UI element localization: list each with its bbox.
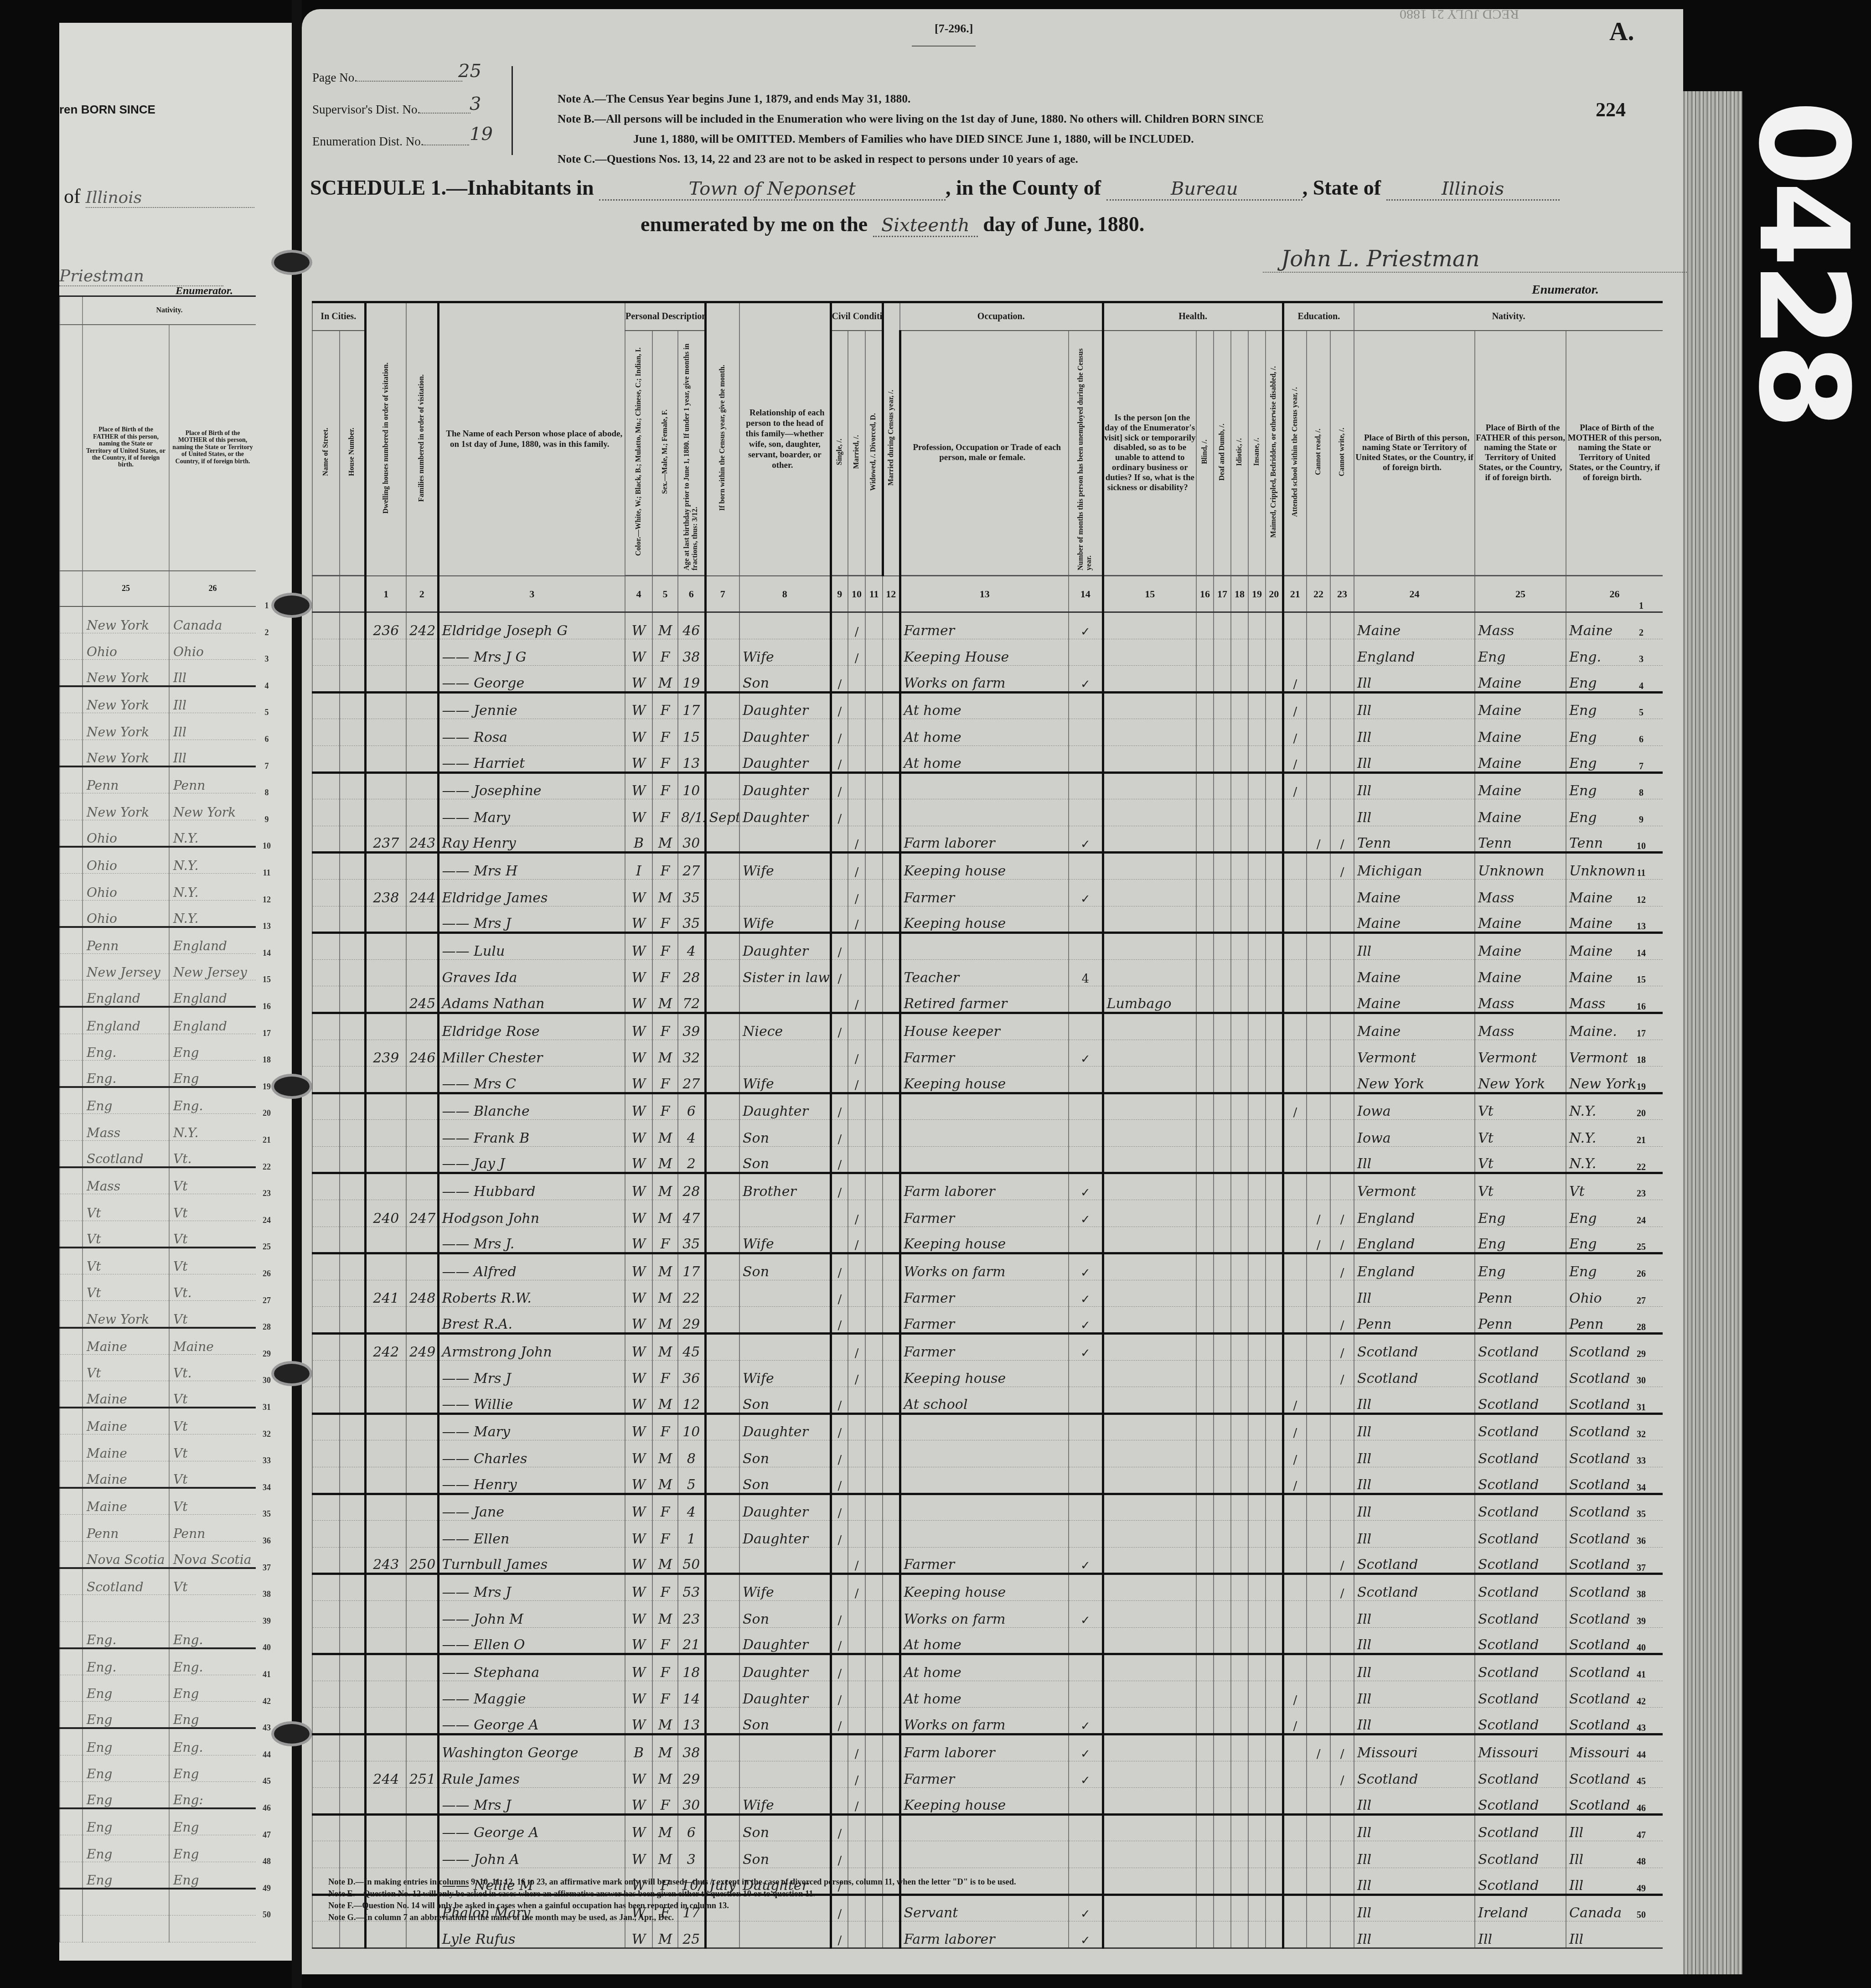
- table-row: —— Mrs CWF27Wife/Keeping houseNew YorkNe…: [312, 1066, 1663, 1093]
- cell-married-in-year: [883, 1574, 900, 1601]
- cell-insane: [1248, 1146, 1266, 1173]
- cell-relationship: [739, 612, 831, 639]
- cell-widowed-divorced: [865, 933, 883, 960]
- cell-cannot-read: [1307, 1841, 1330, 1868]
- cell-months-unemployed: [1069, 986, 1103, 1013]
- cell-sex: M: [652, 1200, 678, 1227]
- cell-father-birthplace: Vt: [83, 1194, 169, 1221]
- cell-attended-school: [1283, 933, 1307, 960]
- cell-fragment: [60, 1835, 83, 1862]
- cell-months-unemployed: [1069, 1227, 1103, 1253]
- table-row: Eldridge RoseWF39Niece/House keeperMaine…: [312, 1013, 1663, 1040]
- left-line-number: 1: [258, 601, 276, 611]
- cell-idiotic: [1231, 1280, 1248, 1307]
- cell-deaf-dumb: [1214, 772, 1231, 799]
- cell-single: /: [831, 799, 848, 826]
- cell-color: W: [625, 933, 652, 960]
- cell-deaf-dumb: [1214, 1921, 1231, 1948]
- cell-single: /: [831, 1307, 848, 1334]
- cell-disabled: [1266, 1013, 1283, 1040]
- cell-dwelling-number: [365, 799, 406, 826]
- cell-fragment: [60, 900, 83, 927]
- cell-family-number: 247: [406, 1200, 438, 1227]
- cell-months-unemployed: [1069, 1681, 1103, 1708]
- cell-cannot-read: /: [1307, 826, 1330, 853]
- cell-father-birthplace: Scotland: [1475, 1440, 1566, 1467]
- cell-family-number: [406, 719, 438, 746]
- cell-color: W: [625, 612, 652, 639]
- cell-married: /: [848, 826, 865, 853]
- cell-age: 47: [678, 1200, 705, 1227]
- column-number: 11: [865, 576, 883, 612]
- cell-idiotic: [1231, 1307, 1248, 1334]
- cell-dwelling-number: [365, 1574, 406, 1601]
- cell-deaf-dumb: [1214, 1600, 1231, 1627]
- left-page-row: OhioN.Y.: [60, 873, 256, 900]
- cell-street: [312, 906, 340, 933]
- cell-house-number: [340, 1173, 365, 1200]
- cell-house-number: [340, 1200, 365, 1227]
- cell-disabled: [1266, 666, 1283, 693]
- cell-idiotic: [1231, 853, 1248, 880]
- line-number: 9: [1630, 815, 1653, 825]
- cell-idiotic: [1231, 1654, 1248, 1681]
- cell-blind: [1196, 1814, 1214, 1841]
- left-page-row: MaineVt: [60, 1381, 256, 1408]
- cell-insane: [1248, 1761, 1266, 1788]
- cell-dwelling-number: [365, 1788, 406, 1815]
- cell-widowed-divorced: [865, 1574, 883, 1601]
- cell-family-number: [406, 1921, 438, 1948]
- column-header-9: Single, /.: [831, 331, 848, 576]
- left-page-row: EngEng: [60, 1835, 256, 1862]
- cell-street: [312, 1788, 340, 1815]
- cell-months-unemployed: [1069, 1440, 1103, 1467]
- cell-person-name: —— Alfred: [438, 1253, 625, 1280]
- cell-single: [831, 826, 848, 853]
- cell-cannot-write: [1330, 1494, 1354, 1521]
- cell-occupation: Farm laborer: [900, 1173, 1069, 1200]
- cell-widowed-divorced: [865, 906, 883, 933]
- cell-color: W: [625, 1654, 652, 1681]
- cell-occupation: [900, 772, 1069, 799]
- left-page-row: VtVt: [60, 1194, 256, 1221]
- cell-attended-school: [1283, 826, 1307, 853]
- cell-birth-month: [705, 1334, 739, 1361]
- cell-relationship: Wife: [739, 1360, 831, 1387]
- cell-dwelling-number: 238: [365, 879, 406, 906]
- cell-months-unemployed: [1069, 1093, 1103, 1120]
- cell-married-in-year: [883, 1761, 900, 1788]
- cell-mother-birthplace: Ill: [169, 686, 256, 713]
- table-row: Brest R.A.WM29/Farmer✓/PennPennPenn: [312, 1307, 1663, 1334]
- cell-dwelling-number: [365, 692, 406, 719]
- cell-cannot-read: [1307, 1574, 1330, 1601]
- left-line-number: 20: [258, 1108, 276, 1118]
- cell-age: 28: [678, 1173, 705, 1200]
- cell-house-number: [340, 1360, 365, 1387]
- cell-cannot-read: [1307, 879, 1330, 906]
- cell-attended-school: [1283, 1040, 1307, 1066]
- cell-person-name: —— Mrs C: [438, 1066, 625, 1093]
- cell-cannot-read: [1307, 1788, 1330, 1815]
- cell-dwelling-number: [365, 1253, 406, 1280]
- cell-relationship: Daughter: [739, 745, 831, 772]
- cell-blind: [1196, 1868, 1214, 1895]
- cell-person-name: Brest R.A.: [438, 1307, 625, 1334]
- cell-single: [831, 1788, 848, 1815]
- cell-widowed-divorced: [865, 1734, 883, 1761]
- cell-months-unemployed: ✓: [1069, 1600, 1103, 1627]
- cell-cannot-read: [1307, 639, 1330, 666]
- cell-insane: [1248, 799, 1266, 826]
- cell-cannot-write: [1330, 719, 1354, 746]
- cell-deaf-dumb: [1214, 1387, 1231, 1414]
- cell-months-unemployed: [1069, 745, 1103, 772]
- cell-street: [312, 1013, 340, 1040]
- cell-relationship: Daughter: [739, 1494, 831, 1521]
- table-row: Lyle RufusWM25/Farm laborer✓IllIllIll: [312, 1921, 1663, 1948]
- cell-sex: M: [652, 879, 678, 906]
- cell-deaf-dumb: [1214, 1708, 1231, 1734]
- cell-months-unemployed: [1069, 1814, 1103, 1841]
- cell-fragment: [60, 1087, 83, 1114]
- cell-color: W: [625, 639, 652, 666]
- cell-family-number: [406, 853, 438, 880]
- column-header-23: Cannot write, /.: [1330, 331, 1354, 576]
- cell-color: W: [625, 799, 652, 826]
- cell-birth-month: [705, 853, 739, 880]
- left-page-row: New YorkIll: [60, 713, 256, 740]
- cell-married: [848, 1120, 865, 1147]
- cell-color: W: [625, 1307, 652, 1334]
- cell-attended-school: /: [1283, 1387, 1307, 1414]
- left-page-row: [60, 1595, 256, 1621]
- cell-idiotic: [1231, 1227, 1248, 1253]
- cell-relationship: [739, 1040, 831, 1066]
- column-header-4: Color.—White, W.; Black, B.; Mulatto, Mu…: [625, 331, 652, 576]
- cell-relationship: [739, 1334, 831, 1361]
- cell-father-birthplace: Scotland: [1475, 1868, 1566, 1895]
- cell-father-birthplace: Maine: [1475, 799, 1566, 826]
- cell-father-birthplace: Ohio: [83, 847, 169, 874]
- cell-mother-birthplace: Penn: [169, 1515, 256, 1542]
- cell-house-number: [340, 1253, 365, 1280]
- left-page-row: PennPenn: [60, 766, 256, 793]
- cell-color: W: [625, 959, 652, 986]
- cell-single: /: [831, 692, 848, 719]
- left-page-row: New YorkIll: [60, 686, 256, 713]
- cell-months-unemployed: [1069, 1627, 1103, 1654]
- cell-single: [831, 906, 848, 933]
- cell-color: W: [625, 1494, 652, 1521]
- table-row: 245Adams NathanWM72/Retired farmerLumbag…: [312, 986, 1663, 1013]
- cell-birth-month: [705, 692, 739, 719]
- supervisor-dist-row: Supervisor's Dist. No. 3: [312, 103, 470, 117]
- table-row: Graves IdaWF28Sister in law/Teacher4Main…: [312, 959, 1663, 986]
- cell-house-number: [340, 1841, 365, 1868]
- cell-dwelling-number: [365, 772, 406, 799]
- cell-color: W: [625, 1227, 652, 1253]
- cell-house-number: [340, 799, 365, 826]
- cell-cannot-read: [1307, 1173, 1330, 1200]
- cell-single: /: [831, 1467, 848, 1494]
- cell-person-name: —— Mary: [438, 1413, 625, 1440]
- cell-sickness: [1103, 933, 1196, 960]
- cell-blind: [1196, 1574, 1214, 1601]
- cell-relationship: Son: [739, 1146, 831, 1173]
- cell-disabled: [1266, 612, 1283, 639]
- cell-single: /: [831, 1146, 848, 1173]
- cell-age: 1: [678, 1521, 705, 1548]
- cell-mother-birthplace: New York: [169, 793, 256, 820]
- left-line-number: 48: [258, 1857, 276, 1866]
- cell-single: [831, 1227, 848, 1253]
- cell-relationship: Son: [739, 1253, 831, 1280]
- cell-insane: [1248, 1895, 1266, 1921]
- cell-cannot-read: [1307, 1654, 1330, 1681]
- cell-street: [312, 1600, 340, 1627]
- cell-deaf-dumb: [1214, 1307, 1231, 1334]
- cell-dwelling-number: [365, 1921, 406, 1948]
- left-page-row: MassVt: [60, 1167, 256, 1194]
- cell-blind: [1196, 1921, 1214, 1948]
- cell-married: [848, 1440, 865, 1467]
- cell-father-birthplace: New York: [83, 713, 169, 740]
- cell-disabled: [1266, 1708, 1283, 1734]
- cell-father-birthplace: Ohio: [83, 820, 169, 847]
- cell-single: /: [831, 1521, 848, 1548]
- cell-street: [312, 1280, 340, 1307]
- cell-widowed-divorced: [865, 1387, 883, 1414]
- cell-father-birthplace: Ohio: [83, 873, 169, 900]
- column-header-13: Profession, Occupation or Trade of each …: [900, 331, 1069, 576]
- cell-sex: M: [652, 1761, 678, 1788]
- cell-cannot-read: [1307, 1413, 1330, 1440]
- cell-married-in-year: [883, 1654, 900, 1681]
- cell-attended-school: /: [1283, 1708, 1307, 1734]
- cell-sex: F: [652, 1013, 678, 1040]
- left-page-row: New YorkNew York: [60, 793, 256, 820]
- cell-widowed-divorced: [865, 745, 883, 772]
- cell-insane: [1248, 853, 1266, 880]
- table-row: —— MaryWF10Daughter//IllScotlandScotland: [312, 1413, 1663, 1440]
- cell-birthplace: Scotland: [1354, 1574, 1475, 1601]
- cell-insane: [1248, 1040, 1266, 1066]
- cell-father-birthplace: Maine: [83, 1381, 169, 1408]
- note-d: Note D.—In making entries in columns 9, …: [328, 1876, 1016, 1888]
- cell-color: W: [625, 1708, 652, 1734]
- cell-disabled: [1266, 1895, 1283, 1921]
- cell-fragment: [60, 660, 83, 687]
- cell-age: 29: [678, 1307, 705, 1334]
- cell-cannot-write: [1330, 1066, 1354, 1093]
- cell-cannot-write: [1330, 1413, 1354, 1440]
- cell-insane: [1248, 1334, 1266, 1361]
- cell-father-birthplace: Scotland: [1475, 1574, 1566, 1601]
- cell-single: [831, 879, 848, 906]
- cell-mother-birthplace: Maine: [169, 1328, 256, 1355]
- cell-disabled: [1266, 1761, 1283, 1788]
- in-cities-group: In Cities.: [312, 302, 365, 331]
- left-page-row: EngEng.: [60, 1087, 256, 1114]
- column-header-8: Relationship of each person to the head …: [739, 302, 831, 576]
- cell-deaf-dumb: [1214, 1227, 1231, 1253]
- cell-idiotic: [1231, 639, 1248, 666]
- cell-idiotic: [1231, 879, 1248, 906]
- cell-months-unemployed: ✓: [1069, 1895, 1103, 1921]
- cell-street: [312, 1334, 340, 1361]
- cell-father-birthplace: Penn: [83, 1515, 169, 1542]
- form-code: [7-296.]: [935, 22, 973, 36]
- cell-family-number: [406, 1681, 438, 1708]
- left-page-row: New YorkCanada: [60, 606, 256, 633]
- cell-fragment: [60, 1702, 83, 1729]
- left-page-row: EngEng: [60, 1755, 256, 1782]
- cell-street: [312, 1574, 340, 1601]
- left-page-row: Eng.Eng: [60, 1034, 256, 1061]
- cell-color: W: [625, 879, 652, 906]
- column-number: 9: [831, 576, 848, 612]
- cell-birthplace: Ill: [1354, 799, 1475, 826]
- cell-married: /: [848, 1547, 865, 1574]
- cell-birthplace: Ill: [1354, 1146, 1475, 1173]
- cell-occupation: Farm laborer: [900, 826, 1069, 853]
- cell-relationship: Daughter: [739, 1521, 831, 1548]
- cell-deaf-dumb: [1214, 1814, 1231, 1841]
- cell-single: /: [831, 1280, 848, 1307]
- cell-idiotic: [1231, 1494, 1248, 1521]
- cell-married-in-year: [883, 879, 900, 906]
- cell-attended-school: [1283, 1120, 1307, 1147]
- cell-relationship: Sister in law: [739, 959, 831, 986]
- cell-idiotic: [1231, 1734, 1248, 1761]
- cell-single: /: [831, 772, 848, 799]
- cell-occupation: Farmer: [900, 1040, 1069, 1066]
- column-header-17: Deaf and Dumb, /.: [1214, 331, 1231, 576]
- cell-idiotic: [1231, 1814, 1248, 1841]
- cell-mother-birthplace: Vt: [169, 1488, 256, 1515]
- cell-single: /: [831, 1654, 848, 1681]
- cell-sex: M: [652, 1387, 678, 1414]
- cell-street: [312, 1040, 340, 1066]
- cell-occupation: Works on farm: [900, 1253, 1069, 1280]
- cell-sex: M: [652, 1547, 678, 1574]
- cell-idiotic: [1231, 1200, 1248, 1227]
- cell-idiotic: [1231, 1120, 1248, 1147]
- cell-birth-month: [705, 1387, 739, 1414]
- cell-street: [312, 1173, 340, 1200]
- cell-cannot-write: /: [1330, 1307, 1354, 1334]
- cell-mother-birthplace: Eng.: [169, 1728, 256, 1755]
- left-line-number: 44: [258, 1750, 276, 1760]
- cell-married-in-year: [883, 1921, 900, 1948]
- cell-street: [312, 879, 340, 906]
- cell-father-birthplace: Missouri: [1475, 1734, 1566, 1761]
- cell-age: 30: [678, 826, 705, 853]
- cell-sickness: [1103, 745, 1196, 772]
- cell-father-birthplace: Vt: [1475, 1146, 1566, 1173]
- cell-disabled: [1266, 1521, 1283, 1548]
- cell-married: [848, 745, 865, 772]
- cell-birthplace: Ill: [1354, 1654, 1475, 1681]
- cell-father-birthplace: New York: [83, 793, 169, 820]
- cell-house-number: [340, 745, 365, 772]
- cell-single: [831, 1040, 848, 1066]
- cell-street: [312, 1066, 340, 1093]
- cell-age: 53: [678, 1574, 705, 1601]
- cell-age: 32: [678, 1040, 705, 1066]
- line-number: 23: [1630, 1189, 1653, 1199]
- cell-family-number: [406, 1066, 438, 1093]
- cell-cannot-read: [1307, 1681, 1330, 1708]
- cell-cannot-read: [1307, 1307, 1330, 1334]
- cell-disabled: [1266, 799, 1283, 826]
- cell-house-number: [340, 612, 365, 639]
- cell-widowed-divorced: [865, 959, 883, 986]
- cell-birth-month: [705, 1040, 739, 1066]
- cell-street: [312, 1227, 340, 1253]
- cell-relationship: Wife: [739, 906, 831, 933]
- cell-insane: [1248, 1547, 1266, 1574]
- cell-father-birthplace: [83, 1595, 169, 1621]
- cell-mother-birthplace: N.Y.: [169, 900, 256, 927]
- line-number: 4: [1630, 681, 1653, 692]
- cell-disabled: [1266, 1200, 1283, 1227]
- cell-occupation: Keeping house: [900, 906, 1069, 933]
- left-page-row: EngEng: [60, 1862, 256, 1889]
- cell-age: 6: [678, 1814, 705, 1841]
- cell-months-unemployed: [1069, 692, 1103, 719]
- cell-mother-birthplace: Eng: [169, 1808, 256, 1835]
- column-number: 10: [848, 576, 865, 612]
- cell-family-number: [406, 1360, 438, 1387]
- cell-father-birthplace: Maine: [83, 1461, 169, 1488]
- cell-cannot-write: /: [1330, 826, 1354, 853]
- note-c: Note C.—Questions Nos. 13, 14, 22 and 23…: [558, 149, 1561, 169]
- cell-attended-school: [1283, 1334, 1307, 1361]
- cell-cannot-write: /: [1330, 1547, 1354, 1574]
- cell-occupation: Farm laborer: [900, 1734, 1069, 1761]
- cell-insane: [1248, 1654, 1266, 1681]
- cell-street: [312, 1307, 340, 1334]
- line-number: 24: [1630, 1216, 1653, 1226]
- cell-attended-school: [1283, 1253, 1307, 1280]
- cell-birthplace: Ill: [1354, 1387, 1475, 1414]
- cell-house-number: [340, 1788, 365, 1815]
- cell-father-birthplace: Ireland: [1475, 1895, 1566, 1921]
- cell-family-number: 249: [406, 1334, 438, 1361]
- cell-months-unemployed: ✓: [1069, 1734, 1103, 1761]
- cell-person-name: —— Harriet: [438, 745, 625, 772]
- cell-cannot-read: [1307, 612, 1330, 639]
- cell-family-number: [406, 639, 438, 666]
- cell-disabled: [1266, 1547, 1283, 1574]
- left-line-number: 27: [258, 1296, 276, 1305]
- cell-person-name: Graves Ida: [438, 959, 625, 986]
- cell-father-birthplace: New York: [83, 1301, 169, 1328]
- cell-street: [312, 1654, 340, 1681]
- cell-cannot-write: [1330, 639, 1354, 666]
- cell-months-unemployed: [1069, 1146, 1103, 1173]
- table-row: —— John AWM3Son/IllScotlandIll: [312, 1841, 1663, 1868]
- cell-sickness: [1103, 1895, 1196, 1921]
- cell-idiotic: [1231, 986, 1248, 1013]
- table-row: —— HarrietWF13Daughter/At home/IllMaineE…: [312, 745, 1663, 772]
- cell-cannot-read: [1307, 1627, 1330, 1654]
- cell-married-in-year: [883, 1307, 900, 1334]
- cell-disabled: [1266, 1440, 1283, 1467]
